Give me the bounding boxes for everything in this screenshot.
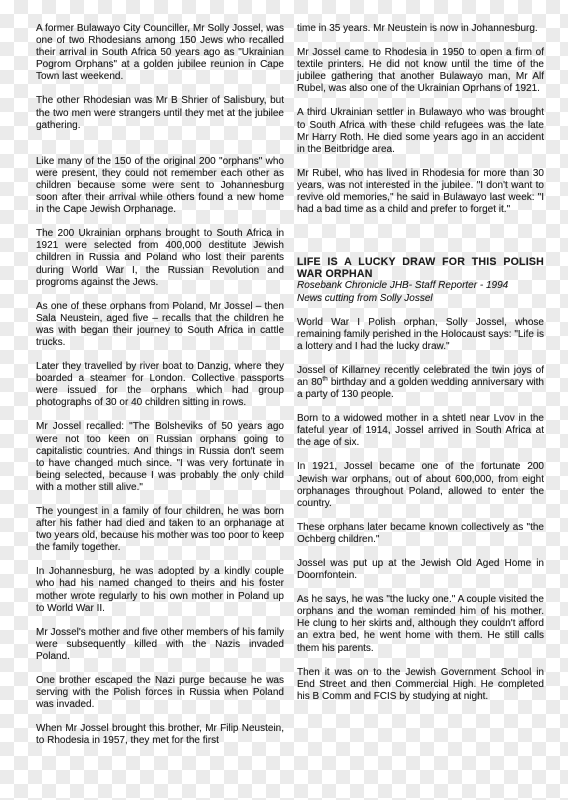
body-paragraph: Jossel of Killarney recently celebrated … [297,365,544,401]
right-column: time in 35 years. Mr Neustein is now in … [297,23,544,715]
byline: Rosebank Chronicle JHB- Staff Reporter -… [297,280,544,292]
body-paragraph: Then it was on to the Jewish Government … [297,667,544,703]
body-paragraph: Later they travelled by river boat to Da… [36,361,284,409]
body-paragraph: The youngest in a family of four childre… [36,506,284,554]
body-paragraph: Mr Jossel recalled: "The Bolsheviks of 5… [36,421,284,494]
body-paragraph: When Mr Jossel brought this brother, Mr … [36,723,284,747]
body-paragraph: Like many of the 150 of the original 200… [36,156,284,216]
body-paragraph: Mr Rubel, who has lived in Rhodesia for … [297,168,544,216]
body-paragraph: As he says, he was "the lucky one." A co… [297,594,544,654]
body-paragraph: Mr Jossel's mother and five other member… [36,627,284,663]
section-heading: LIFE IS A LUCKY DRAW FOR THIS POLISH WAR… [297,256,544,280]
source-note: News cutting from Solly Jossel [297,293,544,305]
body-paragraph: In Johannesburg, he was adopted by a kin… [36,566,284,614]
body-paragraph: Mr Jossel came to Rhodesia in 1950 to op… [297,47,544,95]
body-paragraph: These orphans later became known collect… [297,522,544,546]
body-paragraph: A third Ukrainian settler in Bulawayo wh… [297,107,544,155]
body-paragraph: The 200 Ukrainian orphans brought to Sou… [36,228,284,288]
body-paragraph: As one of these orphans from Poland, Mr … [36,301,284,349]
body-paragraph: World War I Polish orphan, Solly Jossel,… [297,317,544,353]
body-paragraph: Born to a widowed mother in a shtetl nea… [297,413,544,449]
body-paragraph: The other Rhodesian was Mr B Shrier of S… [36,95,284,131]
body-paragraph: Jossel was put up at the Jewish Old Aged… [297,558,544,582]
news-clipping-scan: A former Bulawayo City Counciller, Mr So… [0,0,568,800]
body-paragraph: A former Bulawayo City Counciller, Mr So… [36,23,284,83]
jubilee-text-post: birthday and a golden wedding anniversar… [297,377,544,400]
body-paragraph: In 1921, Jossel became one of the fortun… [297,461,544,509]
left-column: A former Bulawayo City Counciller, Mr So… [36,23,284,760]
body-paragraph: One brother escaped the Nazi purge becau… [36,675,284,711]
body-paragraph: time in 35 years. Mr Neustein is now in … [297,23,544,35]
